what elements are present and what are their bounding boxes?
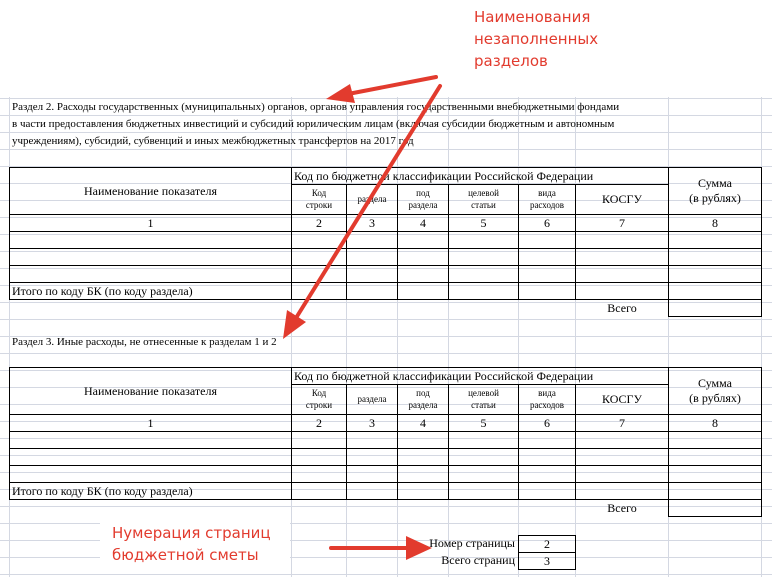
section-2-title-line-1: Раздел 2. Расходы государственных (муниц… bbox=[12, 99, 619, 116]
section-2-total-cell[interactable] bbox=[448, 282, 519, 300]
section-3-subheader-2: подраздела bbox=[397, 384, 449, 415]
section-3-subheader-0: Кодстроки bbox=[291, 384, 347, 415]
annotation-bottom-line-1: Нумерация страниц bbox=[112, 522, 271, 544]
section-2-data-cell[interactable] bbox=[291, 231, 347, 249]
section-3-data-cell[interactable] bbox=[575, 431, 669, 449]
section-2-data-cell[interactable] bbox=[575, 265, 669, 283]
section-3-total-cell[interactable] bbox=[397, 482, 449, 500]
section-3-header-sum: Сумма(в рублях) bbox=[668, 367, 762, 415]
section-2-subheader-2: подраздела bbox=[397, 184, 449, 215]
section-3-title: Раздел 3. Иные расходы, не отнесенные к … bbox=[12, 334, 277, 351]
section-3-total-cell[interactable] bbox=[518, 482, 576, 500]
section-3-colnum-6: 6 bbox=[518, 414, 576, 432]
section-3-data-cell[interactable] bbox=[448, 448, 519, 466]
section-3-data-cell[interactable] bbox=[448, 431, 519, 449]
section-3-data-cell[interactable] bbox=[9, 465, 292, 483]
section-3-subheader-2-line-1: раздела bbox=[409, 400, 438, 411]
section-2-total-row-label: Итого по коду БК (по коду раздела) bbox=[9, 282, 292, 300]
section-2-subheader-1: раздела bbox=[346, 184, 398, 215]
section-2-subheader-4-line-1: расходов bbox=[530, 200, 564, 211]
section-2-header-sum: Сумма(в рублях) bbox=[668, 167, 762, 215]
section-2-total-cell[interactable] bbox=[291, 282, 347, 300]
section-3-subheader-3-line-0: целевой bbox=[468, 388, 499, 399]
section-3-colnum-4: 4 bbox=[397, 414, 449, 432]
annotation-bottom: Нумерация страниц бюджетной сметы bbox=[112, 522, 271, 566]
section-2-subheader-0: Кодстроки bbox=[291, 184, 347, 215]
page-number-cell[interactable]: 2 bbox=[518, 535, 576, 553]
section-3-data-cell[interactable] bbox=[397, 465, 449, 483]
section-2-data-cell[interactable] bbox=[346, 231, 398, 249]
section-3-total-cell[interactable] bbox=[668, 482, 762, 500]
section-3-data-cell[interactable] bbox=[397, 431, 449, 449]
total-pages-label: Всего страниц bbox=[400, 552, 518, 569]
section-2-data-cell[interactable] bbox=[518, 265, 576, 283]
section-2-title-line-2: в части предоставления бюджетных инвести… bbox=[12, 116, 614, 133]
section-3-subheader-5-line-0: КОСГУ bbox=[602, 392, 642, 407]
section-3-grand-total-cell[interactable] bbox=[668, 499, 762, 517]
section-2-subheader-2-line-0: под bbox=[416, 188, 430, 199]
section-2-header-sum-line-2: (в рублях) bbox=[689, 191, 741, 206]
section-2-total-cell[interactable] bbox=[397, 282, 449, 300]
section-2-data-cell[interactable] bbox=[448, 265, 519, 283]
annotation-top-line-2: незаполненных bbox=[474, 28, 598, 50]
annotation-top: Наименования незаполненных разделов bbox=[474, 6, 598, 72]
section-3-colnum-2: 2 bbox=[291, 414, 347, 432]
section-3-data-cell[interactable] bbox=[575, 448, 669, 466]
section-2-colnum-6: 6 bbox=[518, 214, 576, 232]
section-2-total-cell[interactable] bbox=[346, 282, 398, 300]
section-3-data-cell[interactable] bbox=[668, 448, 762, 466]
section-3-data-cell[interactable] bbox=[668, 431, 762, 449]
section-2-data-cell[interactable] bbox=[9, 265, 292, 283]
section-3-colnum-3: 3 bbox=[346, 414, 398, 432]
section-2-grand-total-label: Всего bbox=[575, 299, 669, 317]
section-2-subheader-2-line-1: раздела bbox=[409, 200, 438, 211]
annotation-bottom-line-2: бюджетной сметы bbox=[112, 544, 271, 566]
section-3-colnum-7: 7 bbox=[575, 414, 669, 432]
section-3-header-sum-line-2: (в рублях) bbox=[689, 391, 741, 406]
section-2-subheader-1-line-0: раздела bbox=[358, 194, 387, 205]
section-2-data-cell[interactable] bbox=[9, 248, 292, 266]
section-2-subheader-3-line-0: целевой bbox=[468, 188, 499, 199]
section-2-subheader-0-line-1: строки bbox=[306, 200, 332, 211]
section-2-data-cell[interactable] bbox=[668, 231, 762, 249]
section-3-colnum-8: 8 bbox=[668, 414, 762, 432]
section-2-data-cell[interactable] bbox=[668, 248, 762, 266]
section-3-data-cell[interactable] bbox=[668, 465, 762, 483]
section-3-subheader-4-line-0: вида bbox=[538, 388, 556, 399]
section-2-data-cell[interactable] bbox=[397, 231, 449, 249]
section-2-data-cell[interactable] bbox=[575, 248, 669, 266]
total-pages-cell[interactable]: 3 bbox=[518, 552, 576, 570]
section-3-data-cell[interactable] bbox=[291, 465, 347, 483]
annotation-top-line-3: разделов bbox=[474, 50, 598, 72]
section-3-data-cell[interactable] bbox=[448, 465, 519, 483]
section-3-subheader-0-line-1: строки bbox=[306, 400, 332, 411]
section-2-data-cell[interactable] bbox=[291, 265, 347, 283]
section-2-title-line-3: учреждениям), субсидий, субвенций и иных… bbox=[12, 133, 414, 150]
section-3-subheader-2-line-0: под bbox=[416, 388, 430, 399]
section-3-subheader-5: КОСГУ bbox=[575, 384, 669, 415]
section-2-header-sum-line-1: Сумма bbox=[698, 176, 732, 191]
section-2-colnum-3: 3 bbox=[346, 214, 398, 232]
section-2-subheader-3: целевойстатьи bbox=[448, 184, 519, 215]
section-3-data-cell[interactable] bbox=[9, 448, 292, 466]
section-2-data-cell[interactable] bbox=[397, 265, 449, 283]
section-3-total-cell[interactable] bbox=[346, 482, 398, 500]
section-3-colnum-1: 1 bbox=[9, 414, 292, 432]
section-3-data-cell[interactable] bbox=[518, 431, 576, 449]
section-2-colnum-2: 2 bbox=[291, 214, 347, 232]
section-2-total-cell[interactable] bbox=[668, 282, 762, 300]
section-2-colnum-5: 5 bbox=[448, 214, 519, 232]
section-2-total-cell[interactable] bbox=[518, 282, 576, 300]
section-3-grand-total-label: Всего bbox=[575, 499, 669, 517]
section-2-header-code: Код по бюджетной классификации Российско… bbox=[291, 167, 669, 185]
section-2-data-cell[interactable] bbox=[448, 248, 519, 266]
section-2-colnum-7: 7 bbox=[575, 214, 669, 232]
section-2-data-cell[interactable] bbox=[518, 248, 576, 266]
section-3-subheader-3: целевойстатьи bbox=[448, 384, 519, 415]
section-2-data-cell[interactable] bbox=[518, 231, 576, 249]
section-2-total-cell[interactable] bbox=[575, 282, 669, 300]
section-2-subheader-4: видарасходов bbox=[518, 184, 576, 215]
section-2-data-cell[interactable] bbox=[668, 265, 762, 283]
page-number-label: Номер страницы bbox=[400, 535, 518, 552]
section-2-subheader-5: КОСГУ bbox=[575, 184, 669, 215]
section-3-colnum-5: 5 bbox=[448, 414, 519, 432]
section-2-data-cell[interactable] bbox=[397, 248, 449, 266]
section-3-total-cell[interactable] bbox=[291, 482, 347, 500]
section-3-data-cell[interactable] bbox=[346, 448, 398, 466]
section-2-data-cell[interactable] bbox=[9, 231, 292, 249]
section-3-header-name: Наименование показателя bbox=[9, 367, 292, 415]
section-2-subheader-3-line-1: статьи bbox=[471, 200, 496, 211]
section-2-data-cell[interactable] bbox=[346, 248, 398, 266]
section-2-data-cell[interactable] bbox=[448, 231, 519, 249]
section-3-data-cell[interactable] bbox=[518, 448, 576, 466]
section-3-data-cell[interactable] bbox=[346, 431, 398, 449]
section-2-colnum-4: 4 bbox=[397, 214, 449, 232]
section-2-data-cell[interactable] bbox=[575, 231, 669, 249]
section-3-subheader-4: видарасходов bbox=[518, 384, 576, 415]
section-3-subheader-1: раздела bbox=[346, 384, 398, 415]
section-2-subheader-4-line-0: вида bbox=[538, 188, 556, 199]
section-3-total-cell[interactable] bbox=[448, 482, 519, 500]
section-2-data-cell[interactable] bbox=[291, 248, 347, 266]
section-3-subheader-3-line-1: статьи bbox=[471, 400, 496, 411]
section-3-subheader-1-line-0: раздела bbox=[358, 394, 387, 405]
section-3-header-code: Код по бюджетной классификации Российско… bbox=[291, 367, 669, 385]
section-3-data-cell[interactable] bbox=[346, 465, 398, 483]
section-3-data-cell[interactable] bbox=[291, 448, 347, 466]
section-2-colnum-1: 1 bbox=[9, 214, 292, 232]
section-2-data-cell[interactable] bbox=[346, 265, 398, 283]
section-2-subheader-5-line-0: КОСГУ bbox=[602, 192, 642, 207]
section-2-colnum-8: 8 bbox=[668, 214, 762, 232]
section-3-total-row-label: Итого по коду БК (по коду раздела) bbox=[9, 482, 292, 500]
section-3-total-cell[interactable] bbox=[575, 482, 669, 500]
annotation-backdrop bbox=[0, 0, 772, 97]
section-3-data-cell[interactable] bbox=[9, 431, 292, 449]
section-2-grand-total-cell[interactable] bbox=[668, 299, 762, 317]
section-3-subheader-0-line-0: Код bbox=[312, 388, 326, 399]
section-3-data-cell[interactable] bbox=[518, 465, 576, 483]
section-2-subheader-0-line-0: Код bbox=[312, 188, 326, 199]
section-3-data-cell[interactable] bbox=[575, 465, 669, 483]
section-3-data-cell[interactable] bbox=[397, 448, 449, 466]
section-3-subheader-4-line-1: расходов bbox=[530, 400, 564, 411]
section-3-header-sum-line-1: Сумма bbox=[698, 376, 732, 391]
section-3-data-cell[interactable] bbox=[291, 431, 347, 449]
section-2-header-name: Наименование показателя bbox=[9, 167, 292, 215]
annotation-top-line-1: Наименования bbox=[474, 6, 598, 28]
